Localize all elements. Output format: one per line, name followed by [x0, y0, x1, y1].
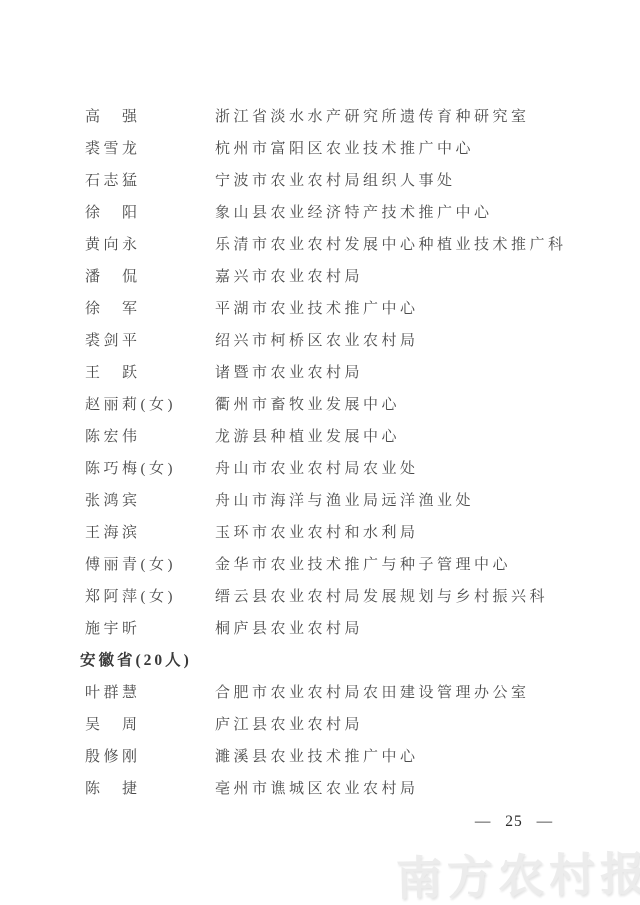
list-row: 赵丽莉(女) 衢州市畜牧业发展中心: [85, 387, 640, 419]
person-organization: 濉溪县农业技术推广中心: [215, 745, 640, 766]
list-row: 高 强 浙江省淡水水产研究所遗传育种研究室: [85, 99, 640, 131]
page-number: — 25 —: [454, 813, 574, 831]
person-name: 黄向永: [85, 233, 215, 254]
newspaper-watermark: 南方农村报: [395, 837, 640, 905]
person-organization: 嘉兴市农业农村局: [215, 265, 640, 286]
person-name: 徐 军: [85, 297, 215, 318]
person-organization: 乐清市农业农村发展中心种植业技术推广科: [215, 233, 640, 254]
person-name: 郑阿萍(女): [85, 585, 215, 606]
name-org-list: 高 强 浙江省淡水水产研究所遗传育种研究室 裘雪龙 杭州市富阳区农业技术推广中心…: [85, 99, 640, 803]
person-organization: 金华市农业技术推广与种子管理中心: [215, 553, 640, 574]
person-organization: 缙云县农业农村局发展规划与乡村振兴科: [215, 585, 640, 606]
person-name: 叶群慧: [85, 681, 215, 702]
list-row: 吴 周 庐江县农业农村局: [85, 707, 640, 739]
list-row: 徐 阳 象山县农业经济特产技术推广中心: [85, 195, 640, 227]
person-name: 王 跃: [85, 361, 215, 382]
list-row: 郑阿萍(女) 缙云县农业农村局发展规划与乡村振兴科: [85, 579, 640, 611]
list-row: 徐 军 平湖市农业技术推广中心: [85, 291, 640, 323]
person-name: 陈巧梅(女): [85, 457, 215, 478]
document-page: 高 强 浙江省淡水水产研究所遗传育种研究室 裘雪龙 杭州市富阳区农业技术推广中心…: [0, 0, 640, 905]
list-row: 施宇昕 桐庐县农业农村局: [85, 611, 640, 643]
person-name: 施宇昕: [85, 617, 215, 638]
list-row: 陈 捷 亳州市谯城区农业农村局: [85, 771, 640, 803]
list-row: 叶群慧 合肥市农业农村局农田建设管理办公室: [85, 675, 640, 707]
list-row: 潘 侃 嘉兴市农业农村局: [85, 259, 640, 291]
person-organization: 宁波市农业农村局组织人事处: [215, 169, 640, 190]
person-organization: 庐江县农业农村局: [215, 713, 640, 734]
list-row: 陈宏伟 龙游县种植业发展中心: [85, 419, 640, 451]
person-organization: 玉环市农业农村和水利局: [215, 521, 640, 542]
list-row: 张鸿宾 舟山市海洋与渔业局远洋渔业处: [85, 483, 640, 515]
person-organization: 桐庐县农业农村局: [215, 617, 640, 638]
person-name: 徐 阳: [85, 201, 215, 222]
person-organization: 绍兴市柯桥区农业农村局: [215, 329, 640, 350]
person-organization: 平湖市农业技术推广中心: [215, 297, 640, 318]
list-row: 石志猛 宁波市农业农村局组织人事处: [85, 163, 640, 195]
list-row: 王 跃 诸暨市农业农村局: [85, 355, 640, 387]
person-name: 殷修刚: [85, 745, 215, 766]
person-organization: 合肥市农业农村局农田建设管理办公室: [215, 681, 640, 702]
person-organization: 诸暨市农业农村局: [215, 361, 640, 382]
list-row: 王海滨 玉环市农业农村和水利局: [85, 515, 640, 547]
person-name: 高 强: [85, 105, 215, 126]
list-row: 傅丽青(女) 金华市农业技术推广与种子管理中心: [85, 547, 640, 579]
person-name: 张鸿宾: [85, 489, 215, 510]
person-name: 王海滨: [85, 521, 215, 542]
person-name: 傅丽青(女): [85, 553, 215, 574]
person-name: 裘剑平: [85, 329, 215, 350]
list-row: 殷修刚 濉溪县农业技术推广中心: [85, 739, 640, 771]
person-organization: 浙江省淡水水产研究所遗传育种研究室: [215, 105, 640, 126]
person-organization: 杭州市富阳区农业技术推广中心: [215, 137, 640, 158]
person-name: 陈 捷: [85, 777, 215, 798]
list-row: 黄向永 乐清市农业农村发展中心种植业技术推广科: [85, 227, 640, 259]
person-name: 吴 周: [85, 713, 215, 734]
person-organization: 舟山市农业农村局农业处: [215, 457, 640, 478]
person-organization: 象山县农业经济特产技术推广中心: [215, 201, 640, 222]
list-row: 裘剑平 绍兴市柯桥区农业农村局: [85, 323, 640, 355]
section-heading: 安徽省(20人): [80, 648, 192, 670]
person-name: 石志猛: [85, 169, 215, 190]
person-organization: 龙游县种植业发展中心: [215, 425, 640, 446]
person-name: 赵丽莉(女): [85, 393, 215, 414]
list-row: 陈巧梅(女) 舟山市农业农村局农业处: [85, 451, 640, 483]
person-organization: 舟山市海洋与渔业局远洋渔业处: [215, 489, 640, 510]
section-heading-row: 安徽省(20人): [80, 643, 640, 675]
list-row: 裘雪龙 杭州市富阳区农业技术推广中心: [85, 131, 640, 163]
person-organization: 衢州市畜牧业发展中心: [215, 393, 640, 414]
person-name: 裘雪龙: [85, 137, 215, 158]
person-organization: 亳州市谯城区农业农村局: [215, 777, 640, 798]
person-name: 陈宏伟: [85, 425, 215, 446]
person-name: 潘 侃: [85, 265, 215, 286]
